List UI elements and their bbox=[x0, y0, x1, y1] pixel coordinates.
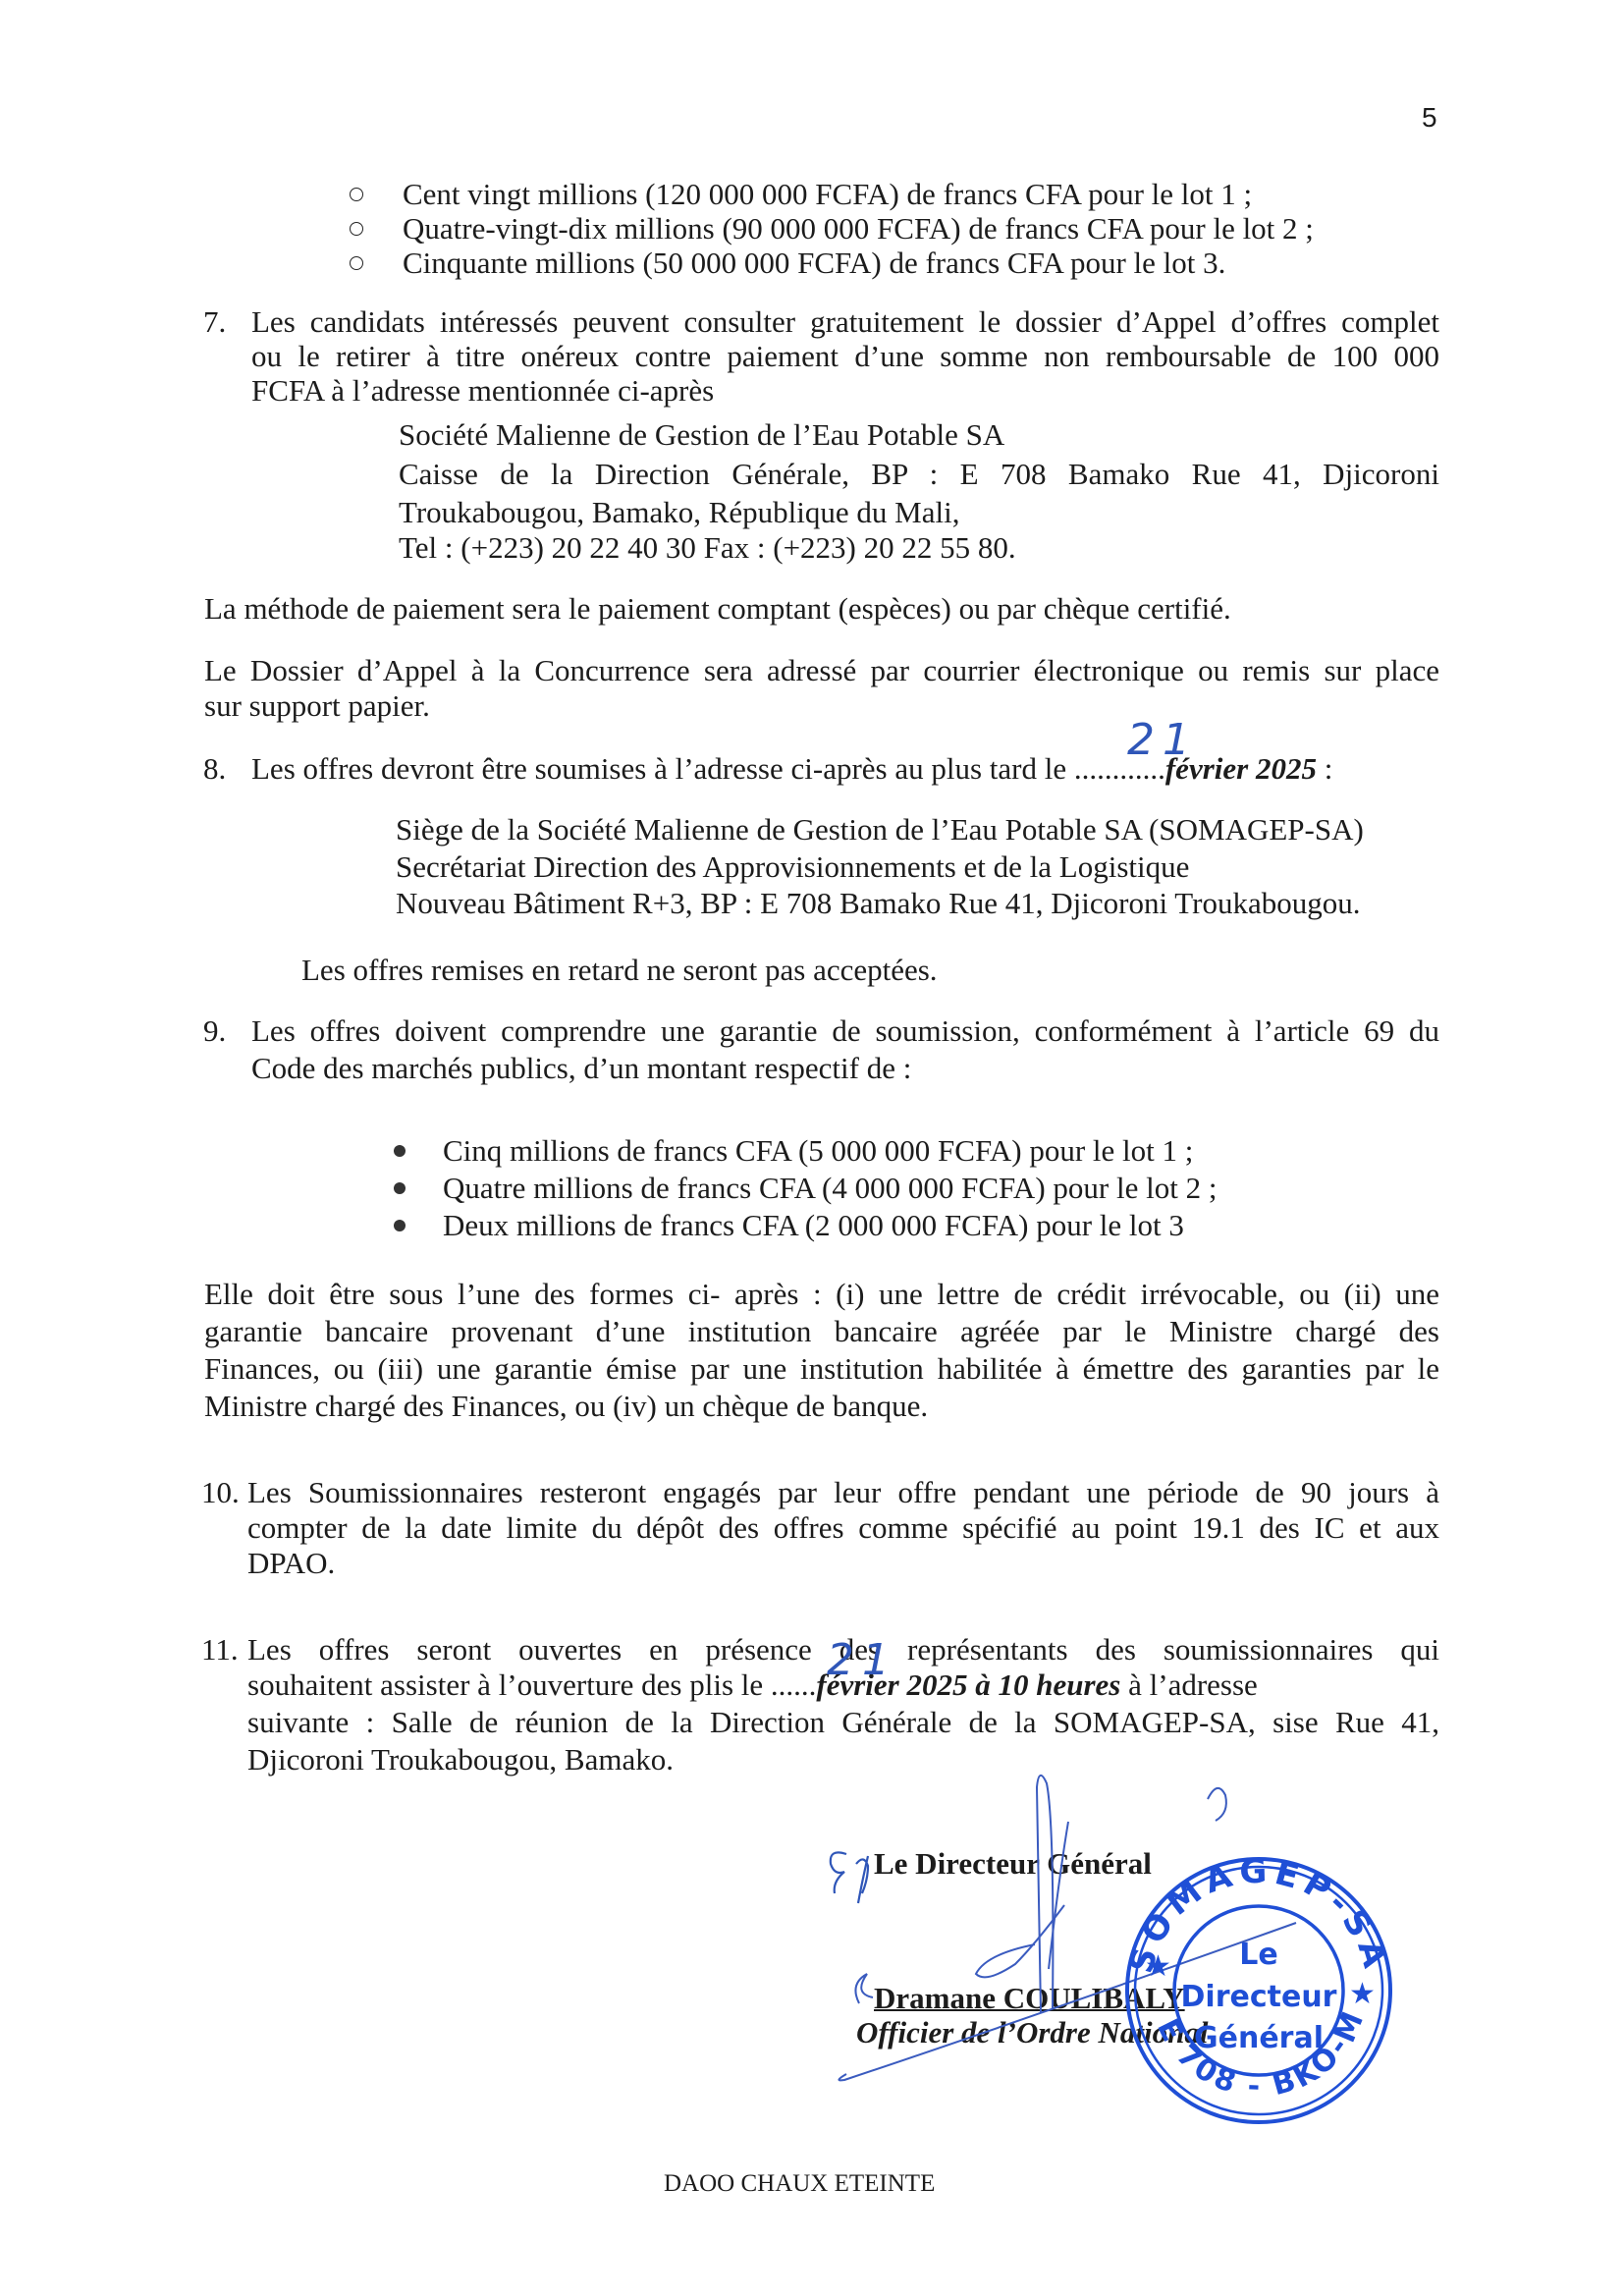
initials-icon bbox=[831, 1852, 868, 1903]
address-line: Secrétariat Direction des Approvisionnem… bbox=[396, 849, 1189, 885]
bullet-icon bbox=[394, 1220, 406, 1231]
page-number: 5 bbox=[1422, 102, 1437, 134]
address-line: Nouveau Bâtiment R+3, BP : E 708 Bamako … bbox=[396, 886, 1360, 921]
item-10-line: compter de la date limite du dépôt des o… bbox=[247, 1510, 1439, 1546]
item-7-line: ou le retirer à titre onéreux contre pai… bbox=[251, 339, 1439, 374]
item-9-line: Les offres doivent comprendre une garant… bbox=[251, 1013, 1439, 1049]
signatory-title: Le Directeur Général bbox=[874, 1846, 1152, 1882]
item-10-line: Les Soumissionnaires resteront engagés p… bbox=[247, 1475, 1439, 1510]
bullet-icon bbox=[394, 1145, 406, 1157]
date-blank: ...... bbox=[771, 1667, 817, 1702]
guarantee-item: Quatre millions de francs CFA (4 000 000… bbox=[443, 1171, 1217, 1206]
opening-text: souhaitent assister à l’ouverture des pl… bbox=[247, 1667, 771, 1702]
address-line: Troukabougou, Bamako, République du Mali… bbox=[399, 495, 959, 530]
signatory-name: Dramane COULIBALY bbox=[874, 1981, 1185, 2016]
lot-amount-item: Quatre-vingt-dix millions (90 000 000 FC… bbox=[403, 211, 1314, 246]
item-number: 9. bbox=[203, 1013, 226, 1049]
document-footer: DAOO CHAUX ETEINTE bbox=[664, 2170, 935, 2198]
item-number: 10. bbox=[201, 1475, 240, 1510]
address-line: Siège de la Société Malienne de Gestion … bbox=[396, 812, 1364, 847]
bullet-icon bbox=[394, 1182, 406, 1194]
item-10-line: DPAO. bbox=[247, 1546, 335, 1581]
guarantee-item: Cinq millions de francs CFA (5 000 000 F… bbox=[443, 1133, 1193, 1169]
late-notice: Les offres remises en retard ne seront p… bbox=[301, 953, 938, 988]
item-number: 8. bbox=[203, 751, 226, 787]
opening-text-end: à l’adresse bbox=[1120, 1667, 1257, 1702]
lot-amount-item: Cent vingt millions (120 000 000 FCFA) d… bbox=[403, 177, 1252, 212]
item-11-line: suivante : Salle de réunion de la Direct… bbox=[247, 1705, 1439, 1740]
item-11-line: Djicoroni Troukabougou, Bamako. bbox=[247, 1742, 674, 1777]
payment-method: La méthode de paiement sera le paiement … bbox=[204, 591, 1231, 627]
svg-text:Général: Général bbox=[1194, 2021, 1324, 2055]
handwritten-day: 21 bbox=[827, 1635, 897, 1685]
svg-text:★: ★ bbox=[1145, 1949, 1171, 1984]
item-7-line: Les candidats intéressés peuvent consult… bbox=[251, 304, 1439, 340]
guarantee-forms-line: Elle doit être sous l’une des formes ci-… bbox=[204, 1277, 1439, 1312]
guarantee-forms-line: Ministre chargé des Finances, ou (iv) un… bbox=[204, 1389, 928, 1424]
guarantee-forms-line: Finances, ou (iii) une garantie émise pa… bbox=[204, 1351, 1439, 1387]
deadline-colon: : bbox=[1317, 751, 1332, 786]
guarantee-item: Deux millions de francs CFA (2 000 000 F… bbox=[443, 1208, 1184, 1243]
dossier-delivery-line: sur support papier. bbox=[204, 688, 430, 724]
svg-text:Directeur: Directeur bbox=[1181, 1980, 1337, 2014]
svg-text:Le: Le bbox=[1239, 1938, 1277, 1972]
address-line: Société Malienne de Gestion de l’Eau Pot… bbox=[399, 417, 1004, 453]
svg-text:★: ★ bbox=[1349, 1977, 1376, 2011]
signatory-distinction: Officier de l’Ordre National bbox=[856, 2015, 1208, 2050]
address-line: Caisse de la Direction Générale, BP : E … bbox=[399, 457, 1439, 492]
dossier-delivery-line: Le Dossier d’Appel à la Concurrence sera… bbox=[204, 653, 1439, 688]
item-9-line: Code des marchés publics, d’un montant r… bbox=[251, 1051, 911, 1086]
lot-amount-item: Cinquante millions (50 000 000 FCFA) de … bbox=[403, 246, 1225, 281]
svg-text:SOMAGEP-SA: SOMAGEP-SA bbox=[1121, 1852, 1395, 1978]
guarantee-forms-line: garantie bancaire provenant d’une instit… bbox=[204, 1314, 1439, 1349]
hollow-bullet-icon bbox=[350, 256, 363, 270]
item-7-line: FCFA à l’adresse mentionnée ci-après bbox=[251, 373, 714, 409]
item-number: 11. bbox=[201, 1632, 239, 1667]
handwritten-day: 21 bbox=[1127, 715, 1198, 765]
deadline-text: Les offres devront être soumises à l’adr… bbox=[251, 751, 1074, 786]
hollow-bullet-icon bbox=[350, 188, 363, 201]
item-number: 7. bbox=[203, 304, 226, 340]
hollow-bullet-icon bbox=[350, 222, 363, 236]
contact-line: Tel : (+223) 20 22 40 30 Fax : (+223) 20… bbox=[399, 530, 1016, 566]
